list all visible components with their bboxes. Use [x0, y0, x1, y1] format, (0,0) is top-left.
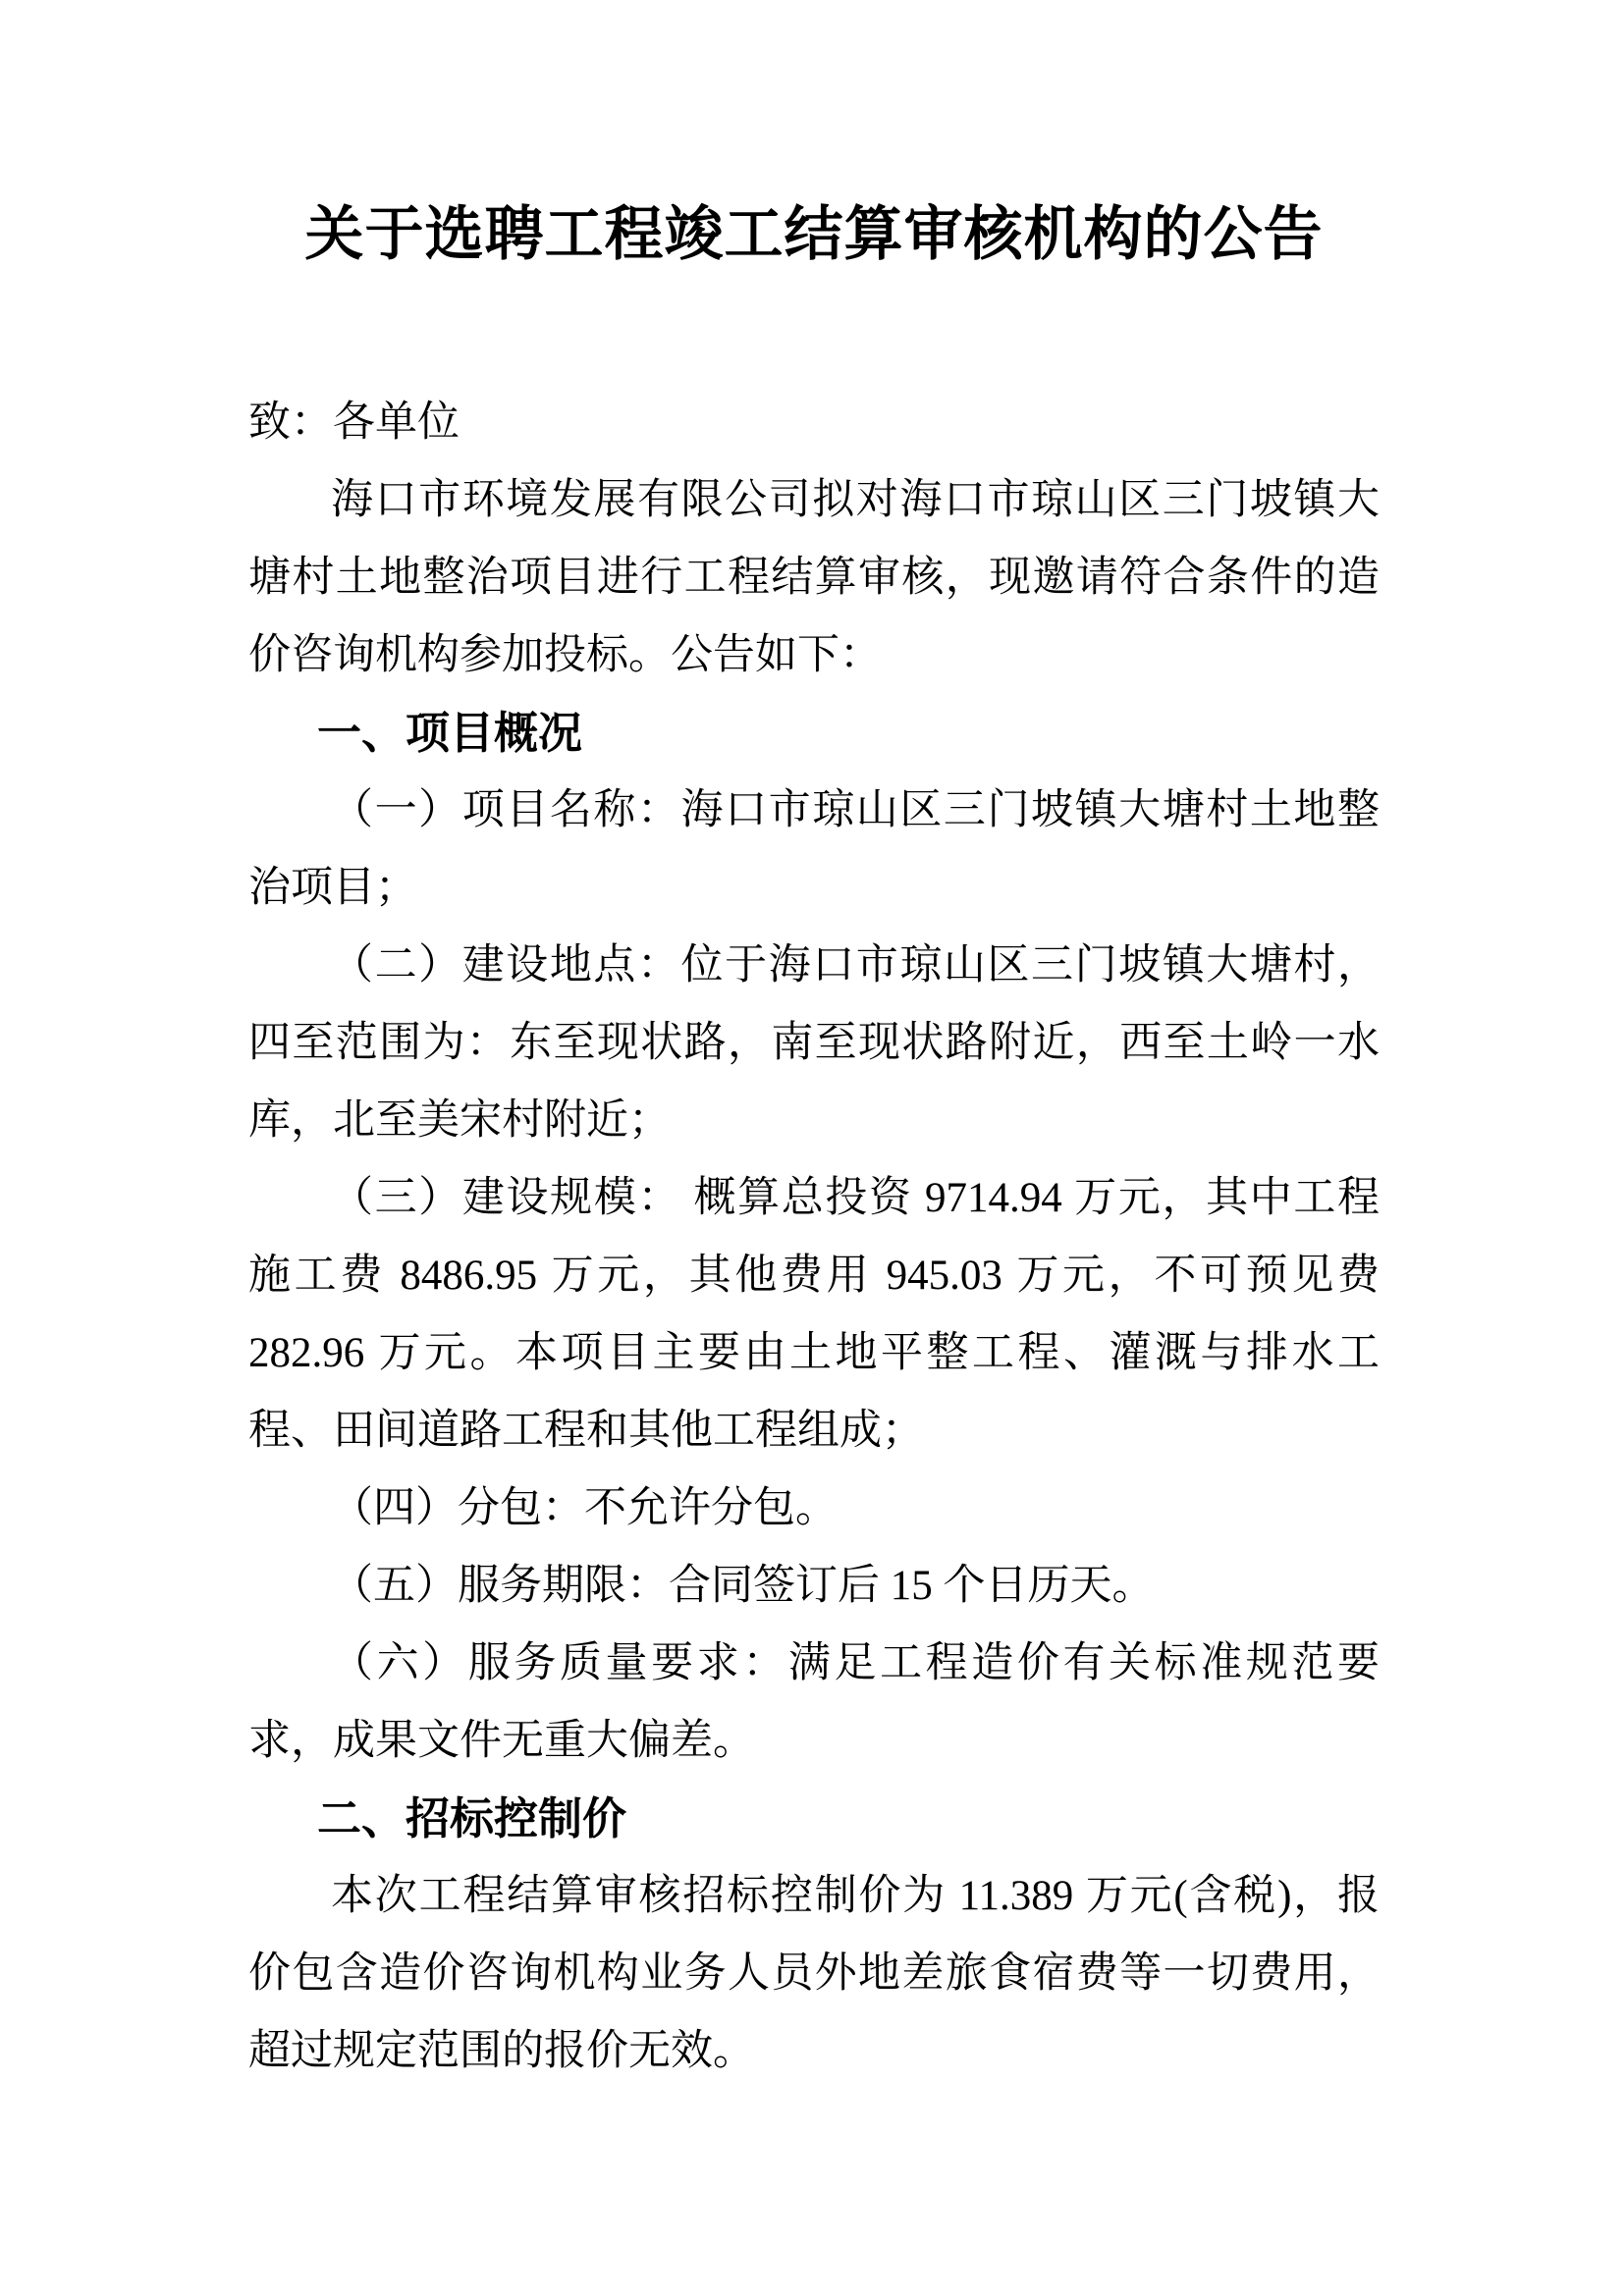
intro-paragraph: 海口市环境发展有限公司拟对海口市琼山区三门坡镇大塘村土地整治项目进行工程结算审核…	[248, 461, 1380, 694]
item-construction-site: （二）建设地点：位于海口市琼山区三门坡镇大塘村，四至范围为：东至现状路，南至现状…	[248, 927, 1380, 1159]
section-1-heading: 一、项目概况	[248, 694, 1380, 772]
document-page: 关于选聘工程竣工结算审核机构的公告 致：各单位 海口市环境发展有限公司拟对海口市…	[0, 0, 1624, 2296]
section-2-heading: 二、招标控制价	[248, 1780, 1380, 1857]
item-project-name: （一）项目名称：海口市琼山区三门坡镇大塘村土地整治项目；	[248, 772, 1380, 927]
item-service-period: （五）服务期限：合同签订后 15 个日历天。	[248, 1547, 1380, 1625]
salutation: 致：各单位	[248, 384, 1380, 461]
item-service-quality: （六）服务质量要求：满足工程造价有关标准规范要求，成果文件无重大偏差。	[248, 1625, 1380, 1780]
item-subcontract: （四）分包：不允许分包。	[248, 1469, 1380, 1547]
document-title: 关于选聘工程竣工结算审核机构的公告	[248, 201, 1380, 268]
control-price-paragraph: 本次工程结算审核招标控制价为 11.389 万元(含税)，报价包含造价咨询机构业…	[248, 1857, 1380, 2090]
item-construction-scale: （三）建设规模： 概算总投资 9714.94 万元，其中工程施工费 8486.9…	[248, 1159, 1380, 1469]
